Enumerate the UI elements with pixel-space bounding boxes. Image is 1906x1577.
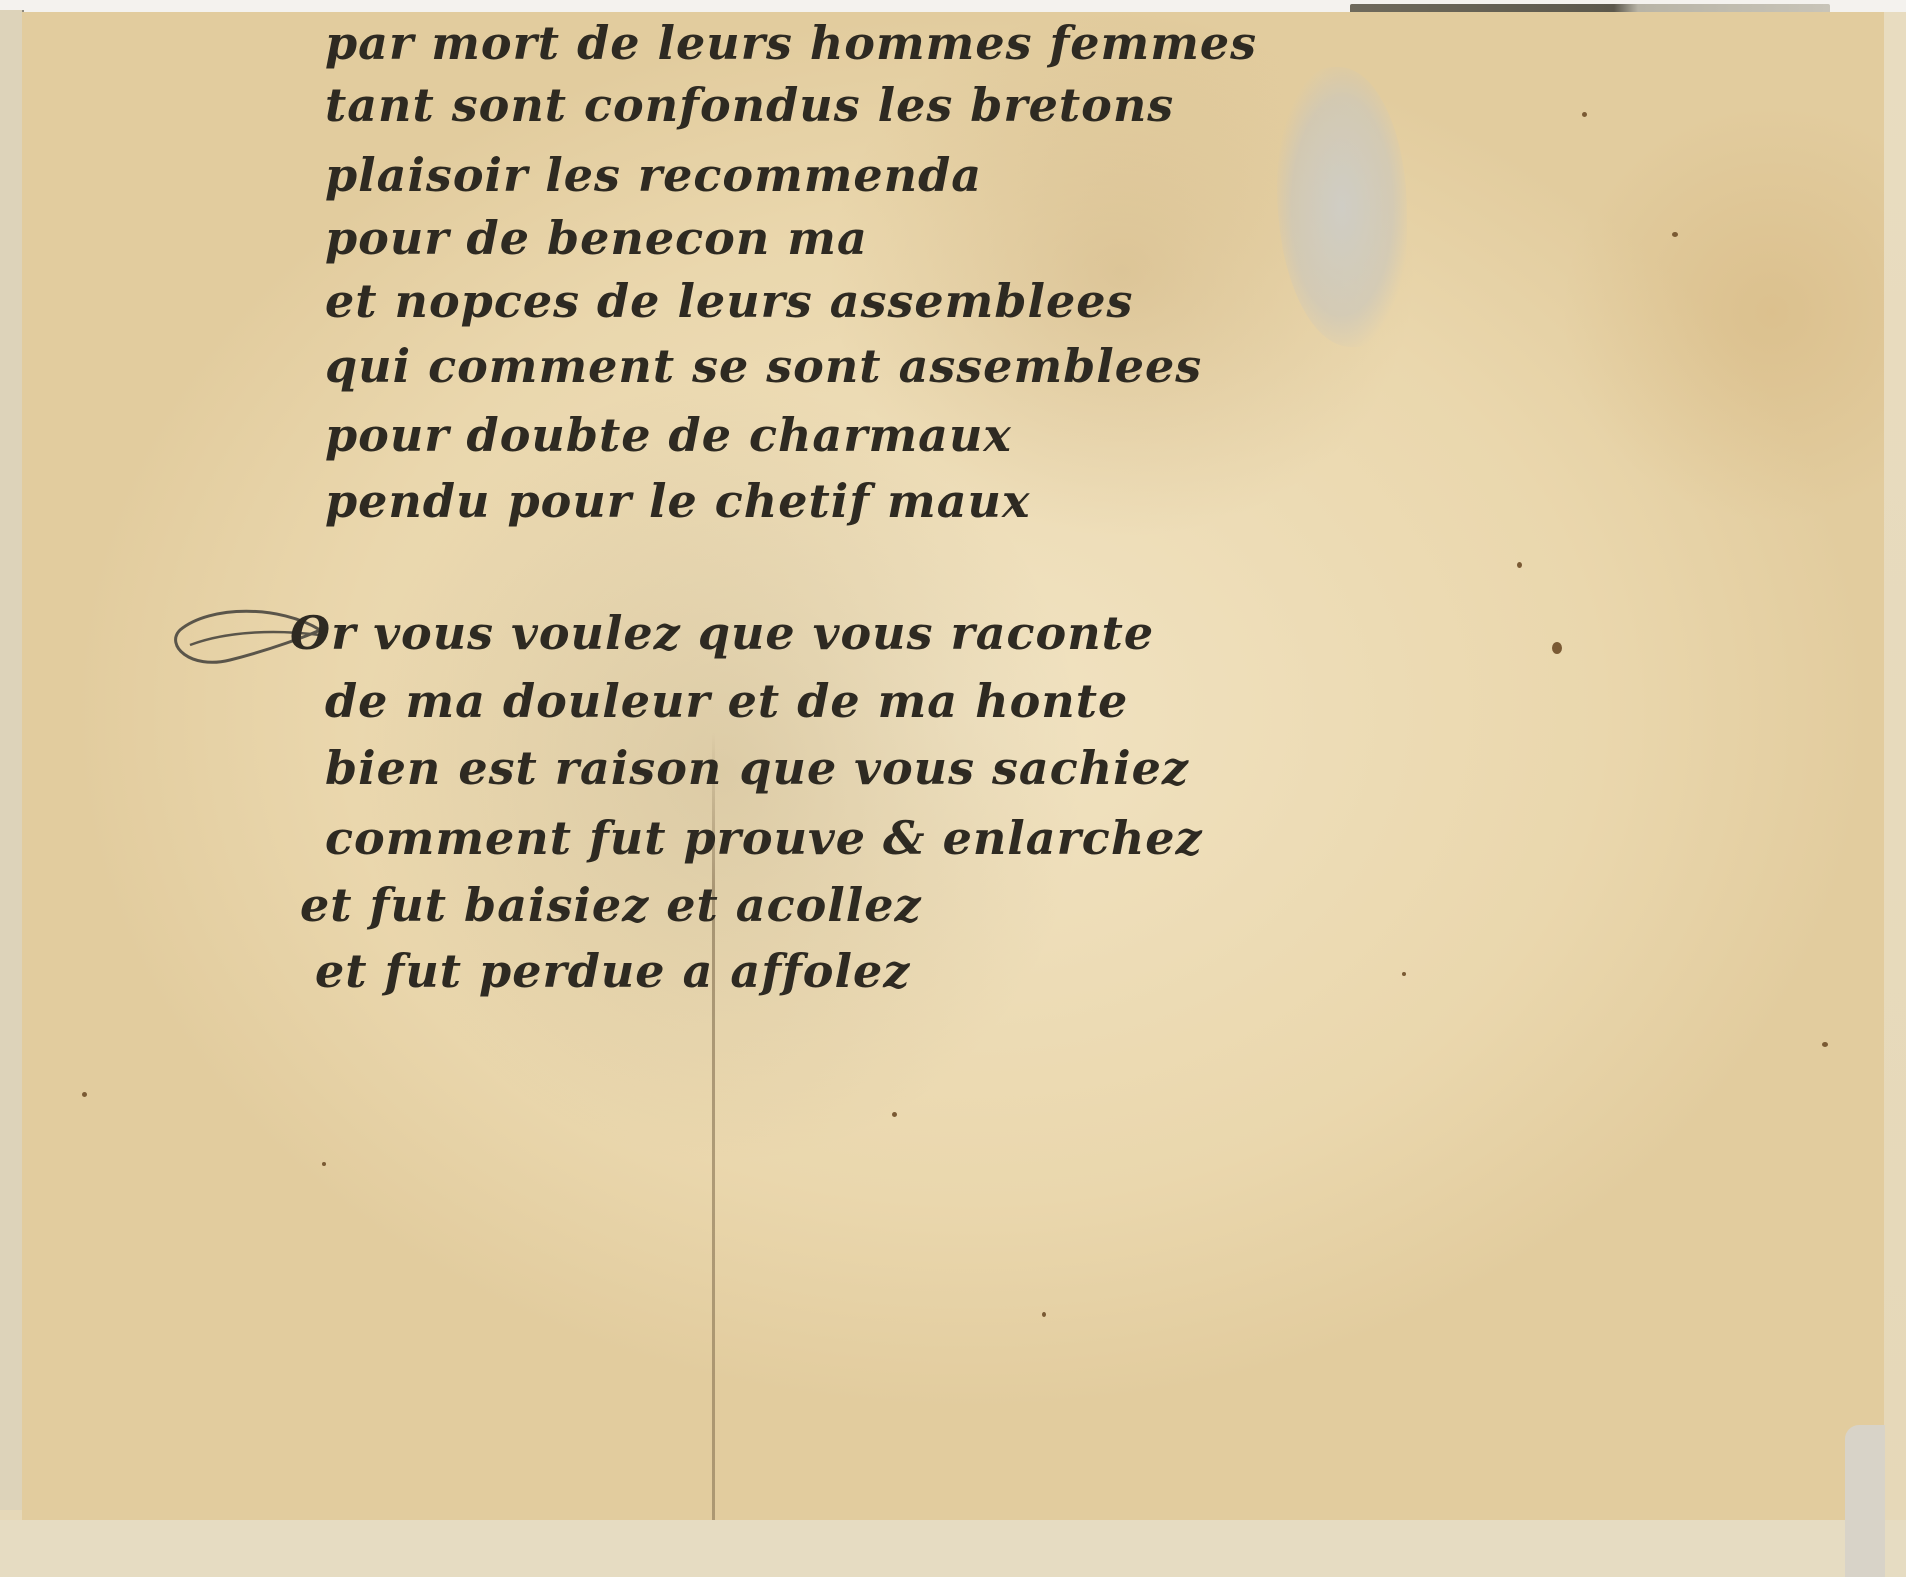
verse-line: et fut perdue a affolez	[315, 948, 910, 994]
verse-text: par mort de leurs hommes femmes tant son…	[0, 0, 1906, 1577]
verse-line: par mort de leurs hommes femmes	[325, 20, 1257, 66]
verse-line: pour doubte de charmaux	[325, 412, 1012, 458]
verse-line: de ma douleur et de ma honte	[325, 678, 1128, 724]
verse-line: comment fut prouve & enlarchez	[325, 815, 1203, 861]
verse-line: plaisoir les recommenda	[325, 152, 982, 198]
verse-line: et nopces de leurs assemblees	[325, 278, 1133, 324]
verse-line: bien est raison que vous sachiez	[325, 745, 1189, 791]
verse-line: pour de benecon ma	[325, 215, 868, 261]
verse-line: qui comment se sont assemblees	[325, 343, 1202, 389]
verse-line: tant sont confondus les bretons	[325, 82, 1174, 128]
verse-line: pendu pour le chetif maux	[325, 478, 1030, 524]
verse-line: et fut baisiez et acollez	[300, 882, 922, 928]
verse-line: Or vous voulez que vous raconte	[290, 610, 1154, 656]
